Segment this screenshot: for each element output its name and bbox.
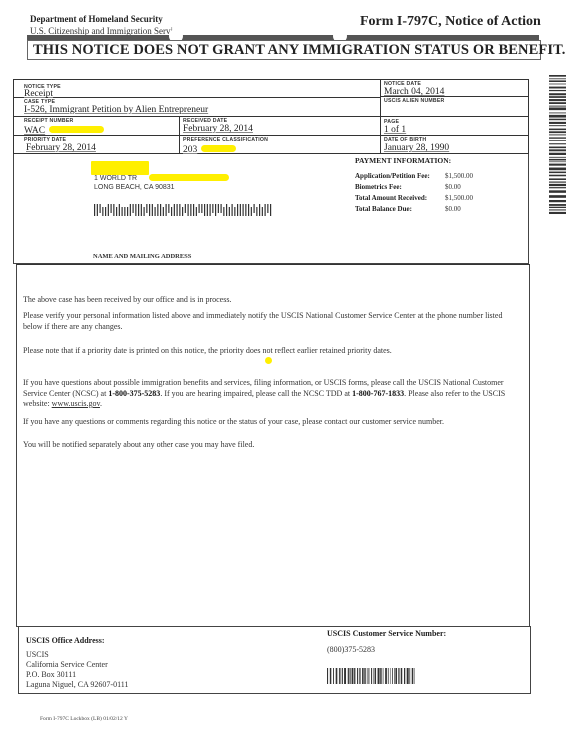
- receipt-number-cell: RECEIPT NUMBER WAC: [14, 117, 180, 136]
- notice-date-label: NOTICE DATE: [381, 80, 528, 87]
- department-name: Department of Homeland Security: [30, 14, 163, 24]
- office-address-line: California Service Center: [26, 660, 129, 670]
- payment-value: $0.00: [445, 183, 461, 194]
- notice-date-cell: NOTICE DATE March 04, 2014: [381, 80, 528, 97]
- body-paragraph: Please verify your personal information …: [23, 311, 518, 332]
- redaction-highlight: [49, 126, 104, 133]
- form-title: Form I-797C, Notice of Action: [360, 14, 541, 30]
- notice-type-cell: NOTICE TYPE Receipt: [14, 80, 381, 98]
- date-of-birth-value: January 28, 1990: [381, 143, 528, 153]
- notice-body-box: The above case has been received by our …: [16, 264, 530, 627]
- form-code: Form I-797C Lockbox (LB) 01/02/12 Y: [40, 716, 128, 722]
- payment-row: Application/Petition Fee: $1,500.00: [355, 172, 525, 183]
- case-type-cell: CASE TYPE I-526, Immigrant Petition by A…: [14, 98, 381, 117]
- payment-label: Total Balance Due:: [355, 205, 445, 216]
- office-address: USCIS California Service Center P.O. Box…: [26, 650, 129, 690]
- page-label: PAGE: [381, 117, 528, 125]
- page-cell: PAGE 1 of 1: [381, 117, 528, 136]
- footer-box: USCIS Office Address: USCIS California S…: [18, 626, 531, 694]
- payment-label: Biometrics Fee:: [355, 183, 445, 194]
- page-value: 1 of 1: [381, 125, 528, 135]
- office-address-line: Laguna Niguel, CA 92607-0111: [26, 680, 129, 690]
- address-payment-box: 1 WORLD TR LONG BEACH, CA 90831 NAME AND…: [13, 154, 529, 264]
- payment-table: Application/Petition Fee: $1,500.00 Biom…: [355, 172, 525, 216]
- date-of-birth-label: DATE OF BIRTH: [381, 136, 528, 143]
- side-barcode-icon: [549, 75, 566, 215]
- received-date-cell: RECEIVED DATE February 28, 2014: [180, 117, 381, 136]
- preference-classification-label: PREFERENCE CLASSIFICATION: [180, 136, 380, 143]
- status-banner: THIS NOTICE DOES NOT GRANT ANY IMMIGRATI…: [27, 40, 541, 60]
- case-info-grid: NOTICE TYPE Receipt NOTICE DATE March 04…: [13, 79, 529, 154]
- notice-type-label: NOTICE TYPE: [14, 80, 380, 90]
- payment-value: $1,500.00: [445, 194, 473, 205]
- body-paragraph-contact: If you have questions about possible imm…: [23, 378, 523, 410]
- postal-barcode-icon: [94, 204, 274, 216]
- case-type-label: CASE TYPE: [14, 98, 380, 105]
- payment-value: $0.00: [445, 205, 461, 216]
- alien-number-cell: USCIS ALIEN NUMBER: [381, 97, 528, 117]
- notice-date-value: March 04, 2014: [381, 87, 528, 97]
- receipt-number-value: WAC: [24, 126, 45, 136]
- redaction-highlight: [201, 145, 236, 152]
- body-paragraph: The above case has been received by our …: [23, 295, 523, 306]
- contact-text: .: [100, 399, 102, 408]
- contact-text: . If you are hearing impaired, please ca…: [160, 389, 352, 398]
- payment-row: Total Balance Due: $0.00: [355, 205, 525, 216]
- office-address-line: P.O. Box 30111: [26, 670, 129, 680]
- footer-barcode-icon: [327, 668, 415, 684]
- received-date-value: February 28, 2014: [180, 124, 380, 134]
- mailing-address-label: NAME AND MAILING ADDRESS: [93, 253, 191, 260]
- payment-row: Biometrics Fee: $0.00: [355, 183, 525, 194]
- payment-title: PAYMENT INFORMATION:: [355, 156, 451, 165]
- receipt-number-label: RECEIPT NUMBER: [14, 117, 179, 124]
- service-number: (800)375-5283: [327, 645, 375, 654]
- office-address-line: USCIS: [26, 650, 129, 660]
- payment-value: $1,500.00: [445, 172, 473, 183]
- service-number-title: USCIS Customer Service Number:: [327, 629, 446, 638]
- tdd-phone: 1-800-767-1833: [352, 389, 404, 398]
- uscis-website-link[interactable]: www.uscis.gov: [52, 399, 100, 408]
- case-type-value: I-526, Immigrant Petition by Alien Entre…: [14, 105, 380, 115]
- payment-label: Application/Petition Fee:: [355, 172, 445, 183]
- priority-date-value: February 28, 2014: [14, 143, 179, 153]
- priority-date-cell: PRIORITY DATE February 28, 2014: [14, 136, 180, 154]
- date-of-birth-cell: DATE OF BIRTH January 28, 1990: [381, 136, 528, 154]
- received-date-label: RECEIVED DATE: [180, 117, 380, 124]
- preference-classification-cell: PREFERENCE CLASSIFICATION 203: [180, 136, 381, 154]
- payment-label: Total Amount Received:: [355, 194, 445, 205]
- ncsc-phone: 1-800-375-5283: [108, 389, 160, 398]
- address-line-2: LONG BEACH, CA 90831: [94, 184, 175, 191]
- body-paragraph: Please note that if a priority date is p…: [23, 346, 528, 357]
- redaction-highlight: [91, 161, 149, 175]
- address-line-1: 1 WORLD TR: [94, 175, 137, 182]
- body-paragraph: You will be notified separately about an…: [23, 440, 523, 451]
- alien-number-label: USCIS ALIEN NUMBER: [381, 97, 528, 104]
- payment-row: Total Amount Received: $1,500.00: [355, 194, 525, 205]
- office-address-title: USCIS Office Address:: [26, 636, 105, 645]
- priority-date-label: PRIORITY DATE: [14, 136, 179, 143]
- highlight-dot: [265, 357, 272, 364]
- body-paragraph: If you have any questions or comments re…: [23, 417, 533, 428]
- redaction-highlight: [149, 174, 229, 181]
